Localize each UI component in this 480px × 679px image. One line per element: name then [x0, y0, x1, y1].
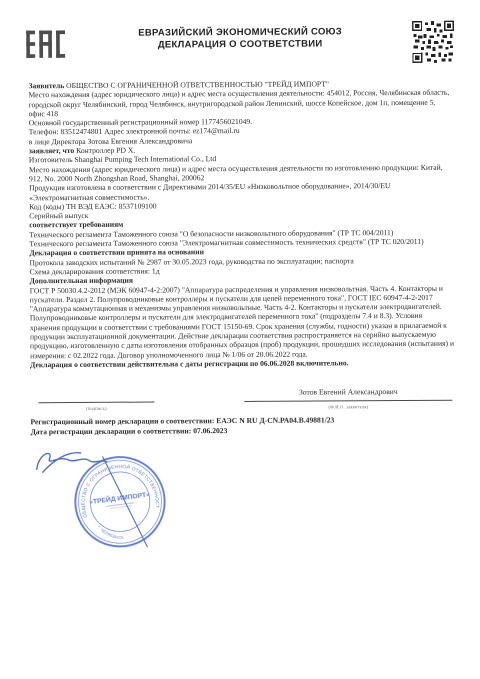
document-body: Заявитель ОБЩЕСТВО С ОГРАНИЧЕННОЙ ОТВЕТС…	[0, 65, 480, 437]
eac-logo	[26, 21, 68, 67]
signature-caption: (подпись)	[38, 404, 154, 414]
document-header: ЕВРАЗИЙСКИЙ ЭКОНОМИЧЕСКИЙ СОЮЗ ДЕКЛАРАЦИ…	[0, 0, 478, 67]
signatory-name-caption: (Ф.И.О. заявителя)	[244, 402, 452, 413]
applicant-address: Место нахождения (адрес юридического лиц…	[28, 88, 452, 118]
stamp-ring-text: ОБЩЕСТВО С ОГРАНИЧЕННОЙ ОТВЕТСТВЕННОСТЬЮ	[67, 449, 160, 520]
svg-text:г. ЧЕЛЯБИНСК: г. ЧЕЛЯБИНСК	[97, 522, 125, 543]
title-line2: ДЕКЛАРАЦИЯ О СООТВЕТСТВИИ	[68, 38, 412, 52]
company-round-stamp: ОБЩЕСТВО С ОГРАНИЧЕННОЙ ОТВЕТСТВЕННОСТЬЮ…	[67, 449, 172, 554]
stamp-center-text: «ТРЕЙД ИМПОРТ»	[89, 489, 151, 506]
svg-text:ОБЩЕСТВО С ОГРАНИЧЕННОЙ ОТВЕТС: ОБЩЕСТВО С ОГРАНИЧЕННОЙ ОТВЕТСТВЕННОСТЬЮ	[67, 449, 160, 520]
applicant-label: Заявитель	[28, 81, 64, 90]
registration-date-line: Дата регистрации декларации о соответств…	[31, 424, 455, 436]
handwritten-signature	[29, 442, 200, 558]
document-title: ЕВРАЗИЙСКИЙ ЭКОНОМИЧЕСКИЙ СОЮЗ ДЕКЛАРАЦИ…	[68, 26, 412, 52]
qr-code-icon	[412, 21, 454, 63]
validity-line: Декларация о соответствии действительна …	[30, 358, 454, 370]
product-name: Контроллер PD X.	[76, 146, 135, 155]
signatory-name: Зотов Евгений Александрович	[244, 387, 452, 398]
declaration-document: ЕВРАЗИЙСКИЙ ЭКОНОМИЧЕСКИЙ СОЮЗ ДЕКЛАРАЦИ…	[0, 0, 480, 679]
stamp-city-text: г. ЧЕЛЯБИНСК	[97, 522, 125, 543]
additional-info-text: ГОСТ Р 50030.4.2-2012 (МЭК 60947-4-2:200…	[30, 283, 454, 360]
declares-label: заявляет, что	[29, 146, 74, 155]
signature-block: (подпись) Зотов Евгений Александрович (Ф…	[30, 371, 454, 418]
